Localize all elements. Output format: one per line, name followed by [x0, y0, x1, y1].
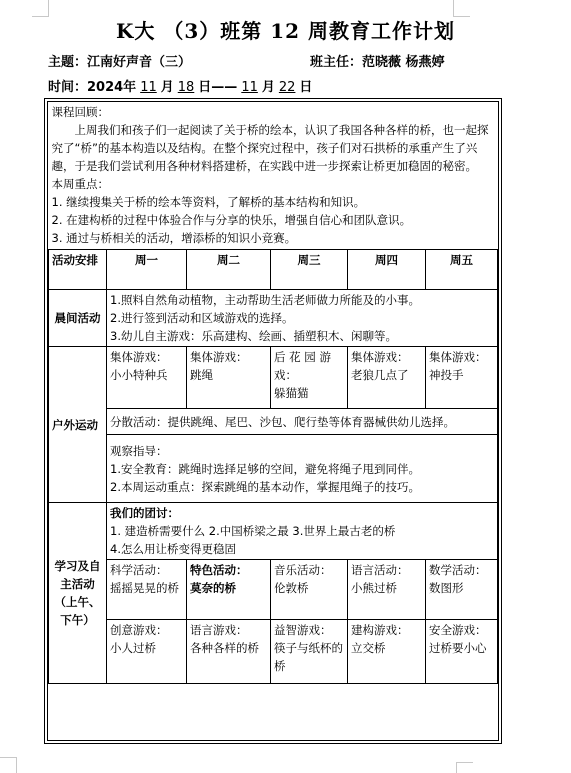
activity-name: 莫奈的桥	[190, 579, 267, 597]
focus-item: 3. 通过与桥相关的活动，增添桥的知识小竞赛。	[52, 229, 495, 247]
start-day: 18	[174, 80, 199, 95]
morning-item: 1.照料自然角动植物，主动帮助生活老师做力所能及的小事。	[110, 291, 494, 309]
theme-line: 主题：江南好声音（三）	[48, 51, 191, 70]
games-row: 创意游戏：小人过桥 语言游戏：各种各样的桥 益智游戏：筷子与纸杯的桥 建构游戏：…	[49, 620, 498, 684]
activity-fri: 数学活动：数图形	[426, 560, 498, 620]
review-heading: 课程回顾：	[52, 103, 495, 121]
game-name: 筷子与纸杯的桥	[274, 639, 344, 675]
scattered-activity: 分散活动：提供跳绳、尾巴、沙包、爬行垫等体育器械供幼儿选择。	[107, 409, 498, 435]
game-name: 小小特种兵	[110, 366, 183, 384]
day-header-mon: 周一	[107, 250, 187, 290]
morning-row: 晨间活动 1.照料自然角动植物，主动帮助生活老师做力所能及的小事。 2.进行签到…	[49, 290, 498, 347]
page-corner-mark	[456, 762, 473, 773]
game-name: 过桥要小心	[429, 639, 494, 657]
activity-name: 伦敦桥	[274, 579, 344, 597]
activity-tue: 特色活动：莫奈的桥	[187, 560, 271, 620]
activity-thu: 语言活动：小熊过桥	[348, 560, 426, 620]
outdoor-game-mon: 集体游戏：小小特种兵	[107, 347, 187, 409]
outdoor-game-fri: 集体游戏：神投手	[426, 347, 498, 409]
game-type: 集体游戏：	[190, 348, 267, 366]
game-name: 躲猫猫	[274, 384, 344, 402]
time-line: 时间：2024年11月18日——11月22日	[48, 76, 312, 95]
game-name: 老狼几点了	[351, 366, 422, 384]
activity-type: 音乐活动：	[274, 561, 344, 579]
guidance-heading: 观察指导：	[110, 442, 494, 460]
end-month: 11	[237, 80, 262, 95]
review-paragraph: 上周我们和孩子们一起阅读了关于桥的绘本，认识了我国各种各样的桥，也一起探究了“桥…	[52, 121, 495, 175]
game-type: 建构游戏：	[351, 621, 422, 639]
game-thu: 建构游戏：立交桥	[348, 620, 426, 684]
teacher-line: 班主任：范晓薇 杨燕婷	[310, 51, 445, 70]
month-char: 月	[161, 80, 174, 95]
day-header-tue: 周二	[187, 250, 271, 290]
corner-header: 活动安排	[49, 250, 107, 290]
scattered-row: 分散活动：提供跳绳、尾巴、沙包、爬行垫等体育器械供幼儿选择。	[49, 409, 498, 435]
day-header-fri: 周五	[426, 250, 498, 290]
activities-row: 科学活动：摇摇晃晃的桥 特色活动：莫奈的桥 音乐活动：伦敦桥 语言活动：小熊过桥…	[49, 560, 498, 620]
start-month: 11	[136, 80, 161, 95]
activity-type: 数学活动：	[429, 561, 494, 579]
outdoor-game-tue: 集体游戏：跳绳	[187, 347, 271, 409]
guidance-item: 2.本周运动重点：探索跳绳的基本动作，掌握甩绳子的技巧。	[110, 478, 494, 496]
day-char: 日	[299, 80, 312, 95]
theme-value: 江南好声音（三）	[87, 55, 191, 70]
theme-label: 主题：	[48, 55, 87, 70]
game-type: 创意游戏：	[110, 621, 183, 639]
teacher-value: 范晓薇 杨燕婷	[362, 55, 445, 70]
game-type: 集体游戏：	[110, 348, 183, 366]
morning-item: 2.进行签到活动和区域游戏的选择。	[110, 309, 494, 327]
game-wed: 益智游戏：筷子与纸杯的桥	[271, 620, 348, 684]
outdoor-label: 户外运动	[49, 347, 107, 503]
discussion-topics: 4.怎么用让桥变得更稳固	[110, 540, 494, 558]
game-name: 各种各样的桥	[190, 639, 267, 657]
outdoor-game-thu: 集体游戏：老狼几点了	[348, 347, 426, 409]
day-header-thu: 周四	[348, 250, 426, 290]
game-tue: 语言游戏：各种各样的桥	[187, 620, 271, 684]
date-separator: 日——	[198, 80, 237, 95]
header-row: 活动安排 周一 周二 周三 周四 周五	[49, 250, 498, 290]
discussion-cell: 我们的团讨： 1. 建造桥需要什么 2.中国桥梁之最 3.世界上最古老的桥 4.…	[107, 503, 498, 560]
morning-content: 1.照料自然角动植物，主动帮助生活老师做力所能及的小事。 2.进行签到活动和区域…	[107, 290, 498, 347]
discussion-heading: 我们的团讨：	[110, 504, 494, 522]
outdoor-game-wed: 后 花 园 游戏：躲猫猫	[271, 347, 348, 409]
plan-table-frame: 课程回顾： 上周我们和孩子们一起阅读了关于桥的绘本，认识了我国各种各样的桥，也一…	[44, 98, 502, 744]
game-type: 安全游戏：	[429, 621, 494, 639]
focus-item: 1. 继续搜集关于桥的绘本等资料，了解桥的基本结构和知识。	[52, 193, 495, 211]
end-day: 22	[275, 80, 300, 95]
activity-type: 科学活动：	[110, 561, 183, 579]
learning-label: 学习及自主活动（上午、下午）	[49, 503, 107, 684]
discussion-row: 学习及自主活动（上午、下午） 我们的团讨： 1. 建造桥需要什么 2.中国桥梁之…	[49, 503, 498, 560]
morning-item: 3.幼儿自主游戏：乐高建构、绘画、插塑积木、闲聊等。	[110, 327, 494, 345]
outdoor-games-row: 户外运动 集体游戏：小小特种兵 集体游戏：跳绳 后 花 园 游戏：躲猫猫 集体游…	[49, 347, 498, 409]
observation-guidance: 观察指导： 1.安全教育：跳绳时选择足够的空间，避免将绳子甩到同伴。 2.本周运…	[107, 435, 498, 503]
game-name: 跳绳	[190, 366, 267, 384]
game-type: 集体游戏：	[351, 348, 422, 366]
game-name: 立交桥	[351, 639, 422, 657]
plan-table: 课程回顾： 上周我们和孩子们一起阅读了关于桥的绘本，认识了我国各种各样的桥，也一…	[48, 102, 498, 684]
discussion-topics: 1. 建造桥需要什么 2.中国桥梁之最 3.世界上最古老的桥	[110, 522, 494, 540]
activity-name: 数图形	[429, 579, 494, 597]
activity-name: 小熊过桥	[351, 579, 422, 597]
focus-heading: 本周重点：	[52, 175, 495, 193]
month-char: 月	[262, 80, 275, 95]
focus-item: 2. 在建构桥的过程中体验合作与分享的快乐，增强自信心和团队意识。	[52, 211, 495, 229]
game-type: 集体游戏：	[429, 348, 494, 366]
guidance-row: 观察指导： 1.安全教育：跳绳时选择足够的空间，避免将绳子甩到同伴。 2.本周运…	[49, 435, 498, 503]
page-corner-mark	[0, 757, 17, 773]
day-header-wed: 周三	[271, 250, 348, 290]
game-type: 后 花 园 游戏：	[274, 348, 344, 384]
game-mon: 创意游戏：小人过桥	[107, 620, 187, 684]
activity-type: 语言活动：	[351, 561, 422, 579]
guidance-item: 1.安全教育：跳绳时选择足够的空间，避免将绳子甩到同伴。	[110, 460, 494, 478]
review-row: 课程回顾： 上周我们和孩子们一起阅读了关于桥的绘本，认识了我国各种各样的桥，也一…	[49, 102, 498, 250]
activity-wed: 音乐活动：伦敦桥	[271, 560, 348, 620]
page-title: K大 （3）班第 12 周教育工作计划	[0, 15, 571, 44]
game-type: 益智游戏：	[274, 621, 344, 639]
teacher-label: 班主任：	[310, 55, 362, 70]
game-name: 小人过桥	[110, 639, 183, 657]
game-name: 神投手	[429, 366, 494, 384]
activity-mon: 科学活动：摇摇晃晃的桥	[107, 560, 187, 620]
activity-type: 特色活动：	[190, 561, 267, 579]
course-review-cell: 课程回顾： 上周我们和孩子们一起阅读了关于桥的绘本，认识了我国各种各样的桥，也一…	[49, 102, 498, 250]
time-label: 时间：2024年	[48, 80, 136, 95]
game-type: 语言游戏：	[190, 621, 267, 639]
game-fri: 安全游戏：过桥要小心	[426, 620, 498, 684]
activity-name: 摇摇晃晃的桥	[110, 579, 183, 597]
morning-label: 晨间活动	[49, 290, 107, 347]
